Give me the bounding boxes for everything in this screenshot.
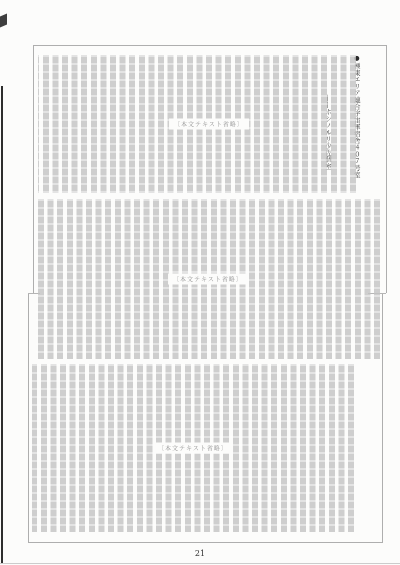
text-band-2: 〔本文テキスト省略〕 bbox=[36, 198, 380, 360]
scan-corner-mark bbox=[0, 13, 7, 27]
scanned-page: ●極東エリア連合宇宙軍宿舎４０７号室 ――ホシノルリ少佐個室 〔本文テキスト省略… bbox=[0, 0, 400, 565]
redaction-notice: 〔本文テキスト省略〕 bbox=[169, 119, 249, 130]
scan-bottom-edge bbox=[0, 563, 400, 564]
redaction-notice: 〔本文テキスト省略〕 bbox=[153, 443, 233, 454]
text-band-3: 〔本文テキスト省略〕 bbox=[32, 363, 354, 533]
page-number: 21 bbox=[0, 549, 400, 558]
redaction-notice: 〔本文テキスト省略〕 bbox=[168, 274, 248, 285]
text-band-1: ●極東エリア連合宇宙軍宿舎４０７号室 ――ホシノルリ少佐個室 〔本文テキスト省略… bbox=[38, 54, 380, 194]
scan-edge-line bbox=[1, 86, 3, 563]
